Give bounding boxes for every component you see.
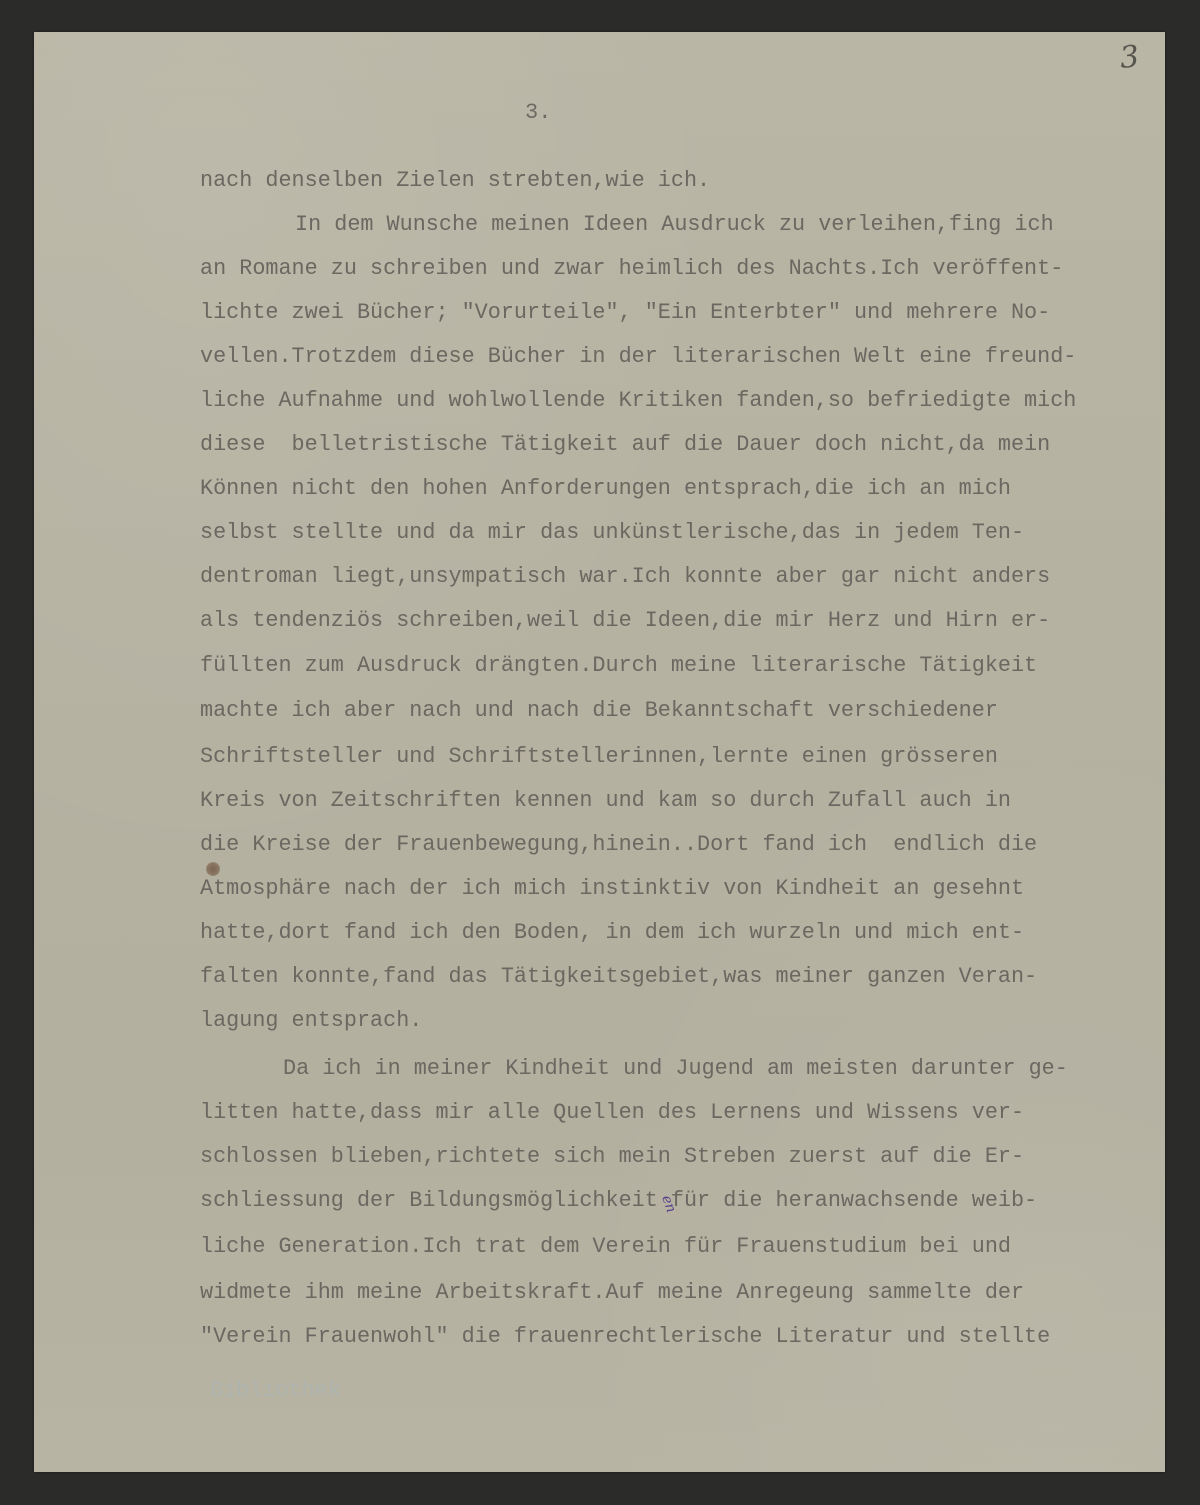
text-line: selbst stellte und da mir das unkünstler… [200,522,1024,544]
text-line: dentroman liegt,unsympatisch war.Ich kon… [200,566,1050,588]
text-line: diese belletristische Tätigkeit auf die … [200,434,1050,456]
text-line: füllten zum Ausdruck drängten.Durch mein… [200,655,1037,677]
faint-carbon-text: Bibliothek [210,1380,341,1402]
text-line: liche Generation.Ich trat dem Verein für… [200,1236,1011,1258]
text-line: litten hatte,dass mir alle Quellen des L… [200,1102,1024,1124]
text-line: Atmosphäre nach der ich mich instinktiv … [200,878,1024,900]
text-line: widmete ihm meine Arbeitskraft.Auf meine… [200,1282,1024,1304]
text-line: In dem Wunsche meinen Ideen Ausdruck zu … [295,214,1054,236]
text-line: Kreis von Zeitschriften kennen und kam s… [200,790,1011,812]
text-line: falten konnte,fand das Tätigkeitsgebiet,… [200,966,1037,988]
text-line: schlossen blieben,richtete sich mein Str… [200,1146,1024,1168]
text-line: nach denselben Zielen strebten,wie ich. [200,170,710,192]
text-line: schliessung der Bildungsmöglichkeit für … [200,1190,1037,1212]
text-line: Da ich in meiner Kindheit und Jugend am … [283,1058,1068,1080]
text-line: machte ich aber nach und nach die Bekann… [200,700,998,722]
text-line: die Kreise der Frauenbewegung,hinein..Do… [200,834,1037,856]
text-line: "Verein Frauenwohl" die frauenrechtleris… [200,1326,1050,1348]
handwritten-archive-page-number: 3 [1118,39,1141,76]
text-line: liche Aufnahme und wohlwollende Kritiken… [200,390,1076,412]
text-line: lagung entsprach. [200,1010,422,1032]
scanned-document: 3 3. nach denselben Zielen strebten,wie … [0,0,1200,1505]
text-line: lichte zwei Bücher; "Vorurteile", "Ein E… [200,302,1050,324]
text-line: als tendenziös schreiben,weil die Ideen,… [200,610,1050,632]
typed-page-number: 3. [525,100,551,125]
text-line: vellen.Trotzdem diese Bücher in der lite… [200,346,1076,368]
text-line: Können nicht den hohen Anforderungen ent… [200,478,1011,500]
paper-stain [206,862,220,876]
text-line: an Romane zu schreiben und zwar heimlich… [200,258,1063,280]
text-line: Schriftsteller und Schriftstellerinnen,l… [200,746,998,768]
text-line: hatte,dort fand ich den Boden, in dem ic… [200,922,1024,944]
